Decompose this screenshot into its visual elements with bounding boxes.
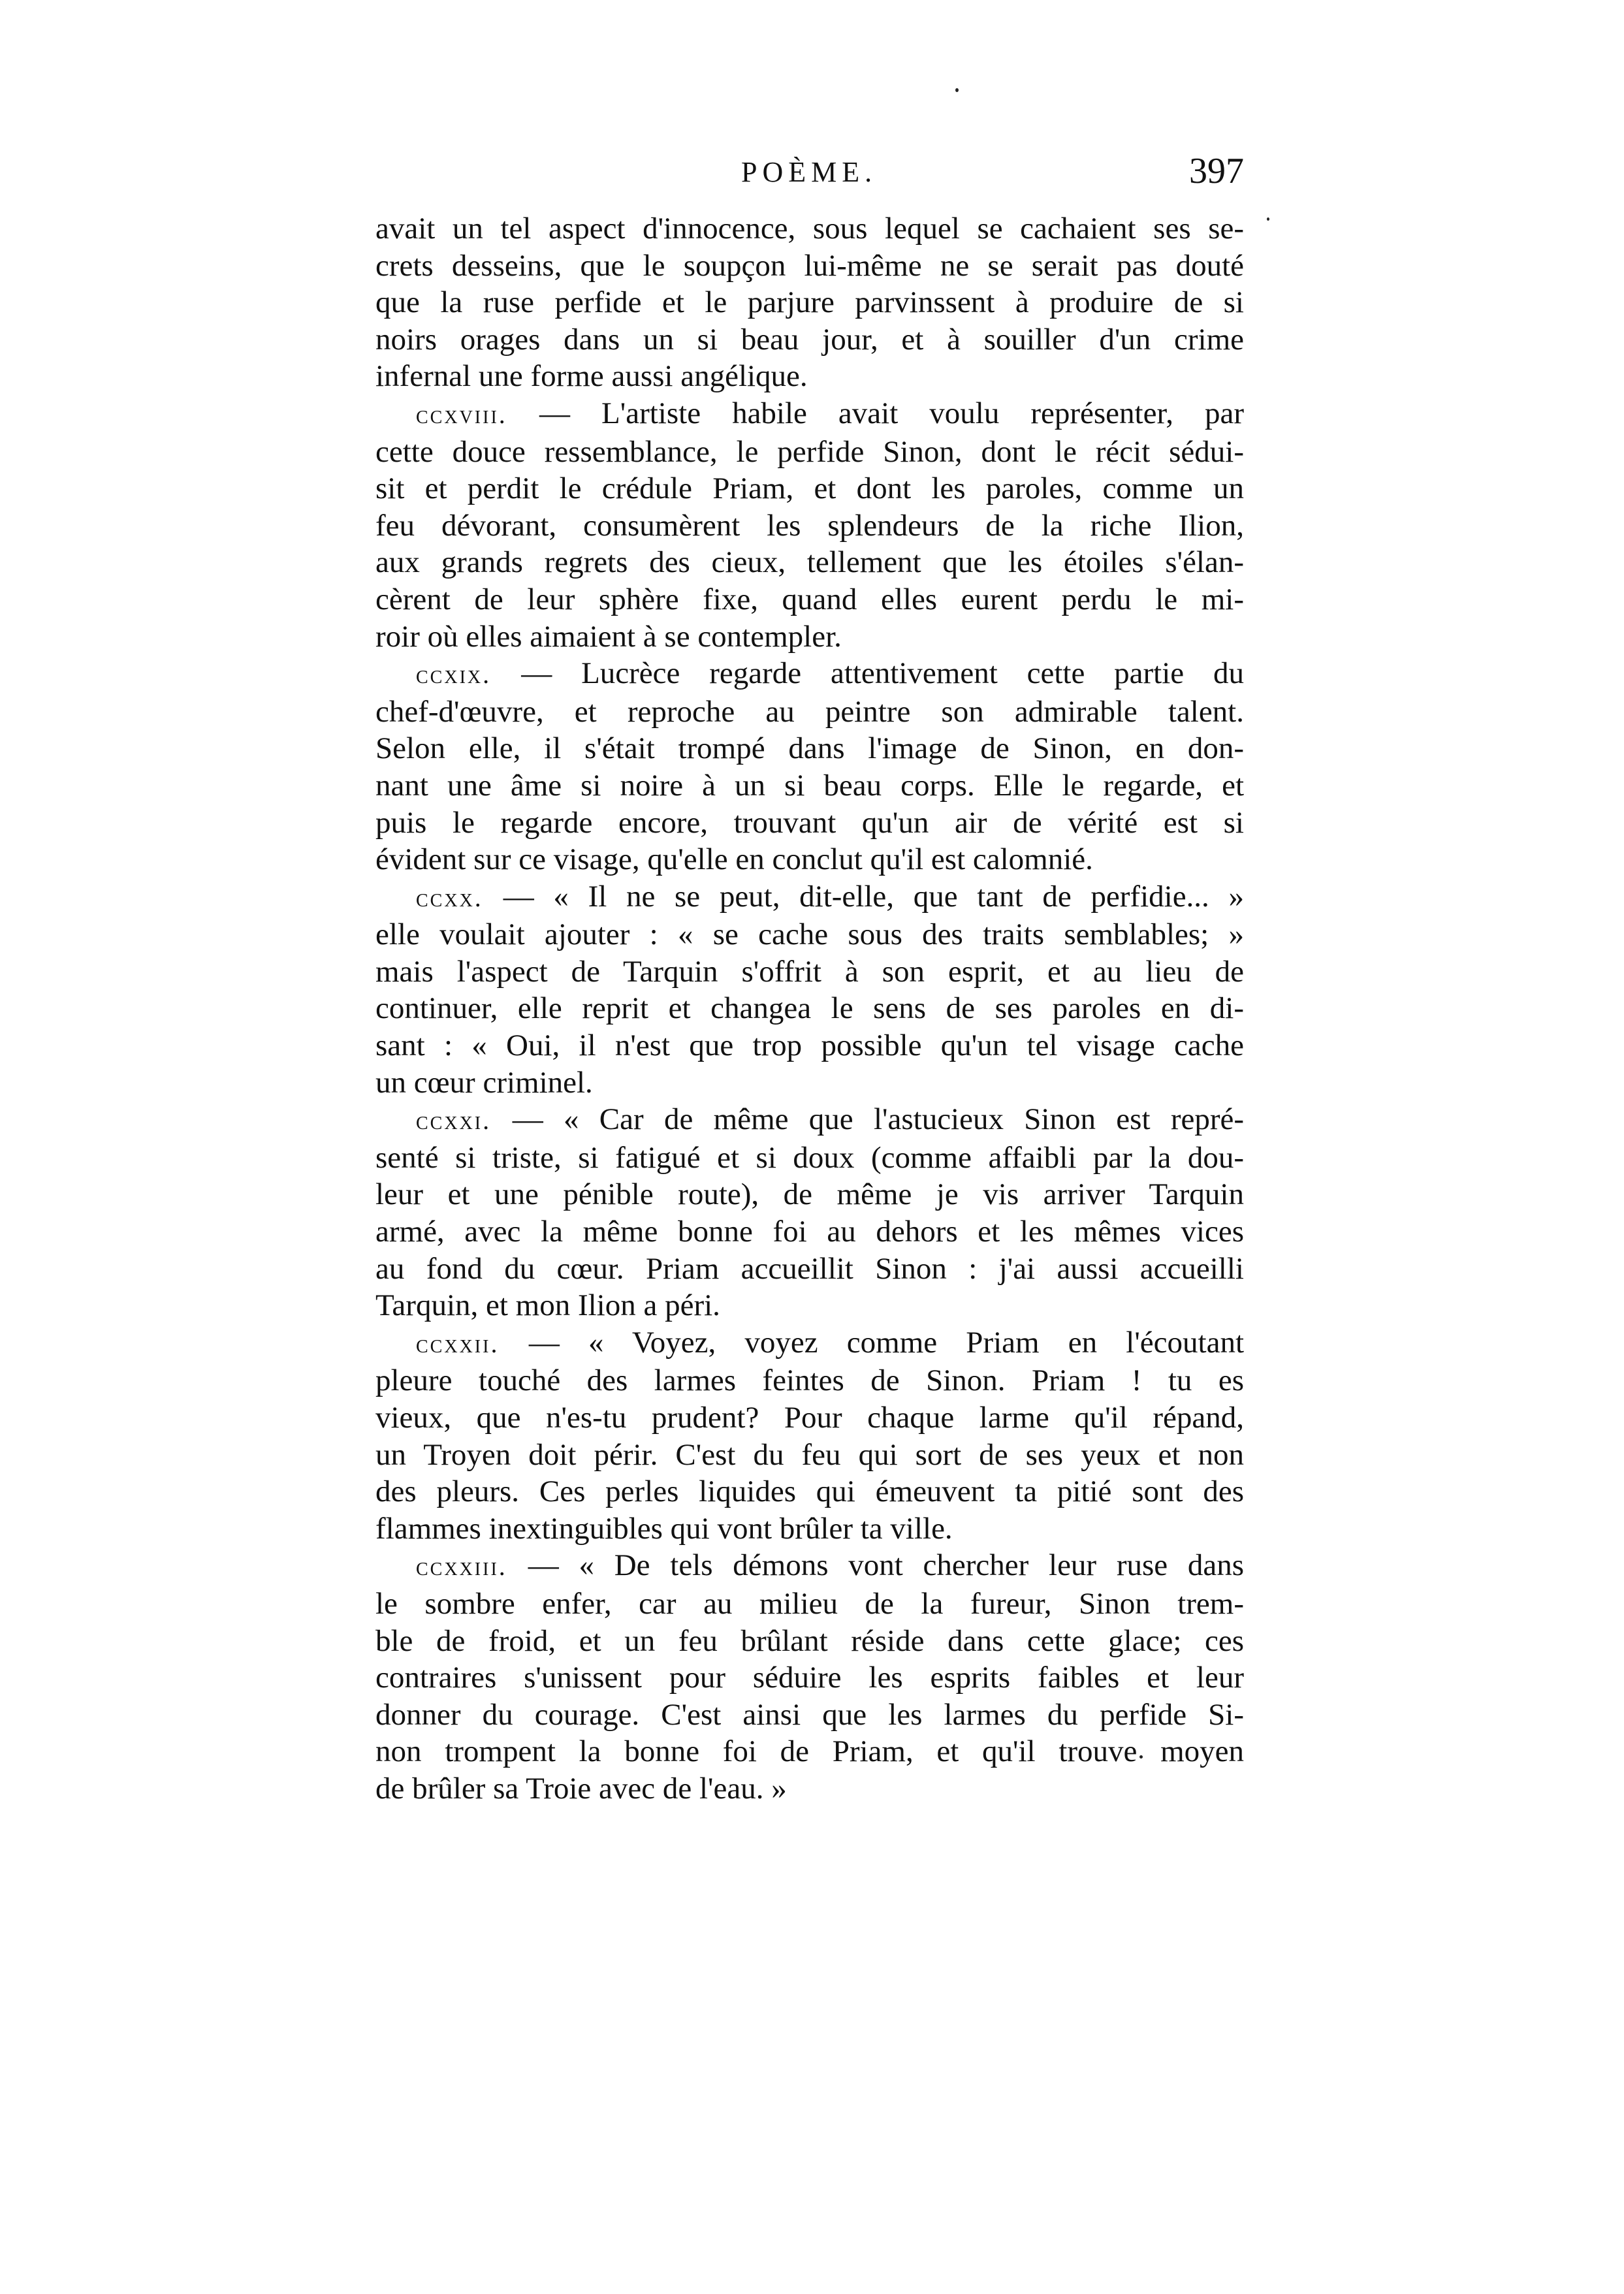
line-text: — « De tels démons vont chercher leur ru… [528, 1548, 1244, 1582]
text-line: ccxxiii. — « De tels démons vont cherche… [375, 1547, 1244, 1585]
line-text: le sombre enfer, car au milieu de la fur… [375, 1587, 1244, 1621]
text-line: que la ruse perfide et le parjure parvin… [375, 284, 1244, 321]
text-line: Selon elle, il s'était trompé dans l'ima… [375, 730, 1244, 767]
line-text: — « Car de même que l'astucieux Sinon es… [513, 1102, 1244, 1136]
text-line: un Troyen doit périr. C'est du feu qui s… [375, 1437, 1244, 1474]
text-line: leur et une pénible route), de même je v… [375, 1176, 1244, 1213]
book-page: POÈME. 397 avait un tel aspect d'innocen… [0, 0, 1624, 2294]
line-text: mais l'aspect de Tarquin s'offrit à son … [375, 955, 1244, 989]
paragraph-continuation: avait un tel aspect d'innocence, sous le… [375, 210, 1244, 395]
line-text: noirs orages dans un si beau jour, et à … [375, 323, 1244, 357]
line-text: un Troyen doit périr. C'est du feu qui s… [375, 1438, 1244, 1472]
text-line: crets desseins, que le soupçon lui-même … [375, 247, 1244, 285]
text-line: cette douce ressemblance, le perfide Sin… [375, 434, 1244, 471]
line-text: elle voulait ajouter : « se cache sous d… [375, 917, 1244, 951]
line-text: Selon elle, il s'était trompé dans l'ima… [375, 731, 1244, 765]
line-text: donner du courage. C'est ainsi que les l… [375, 1698, 1244, 1732]
paragraph-ccxix: ccxix. — Lucrèce regarde attentivement c… [375, 655, 1244, 878]
print-speck [1267, 217, 1269, 221]
text-line: roir où elles aimaient à se contempler. [375, 618, 1244, 656]
paragraph-ccxx: ccxx. — « Il ne se peut, dit-elle, que t… [375, 878, 1244, 1102]
line-text: nant une âme si noire à un si beau corps… [375, 769, 1244, 803]
line-text: cèrent de leur sphère fixe, quand elles … [375, 582, 1244, 616]
line-text: cette douce ressemblance, le perfide Sin… [375, 435, 1244, 469]
line-text: Tarquin, et mon Ilion a péri. [375, 1288, 720, 1322]
print-speck [955, 88, 959, 92]
text-line: elle voulait ajouter : « se cache sous d… [375, 916, 1244, 953]
text-line: ccxxii. — « Voyez, voyez comme Priam en … [375, 1324, 1244, 1363]
page-body: avait un tel aspect d'innocence, sous le… [375, 210, 1244, 1808]
line-text: roir où elles aimaient à se contempler. [375, 620, 842, 654]
text-line: non trompent la bonne foi de Priam, et q… [375, 1733, 1244, 1770]
section-number: ccxix. [416, 660, 521, 689]
line-text: ble de froid, et un feu brûlant réside d… [375, 1624, 1244, 1658]
paragraph-ccxxi: ccxxi. — « Car de même que l'astucieux S… [375, 1101, 1244, 1324]
text-line: contraires s'unissent pour séduire les e… [375, 1659, 1244, 1697]
text-line: noirs orages dans un si beau jour, et à … [375, 321, 1244, 358]
line-text: puis le regarde encore, trouvant qu'un a… [375, 806, 1244, 840]
text-line: armé, avec la même bonne foi au dehors e… [375, 1213, 1244, 1251]
section-number: ccxxi. [416, 1106, 513, 1135]
text-line: infernal une forme aussi angélique. [375, 358, 1244, 395]
text-line: chef-d'œuvre, et reproche au peintre son… [375, 693, 1244, 731]
line-text: que la ruse perfide et le parjure parvin… [375, 285, 1244, 319]
text-line: sant : « Oui, il n'est que trop possible… [375, 1027, 1244, 1064]
line-text: sit et perdit le crédule Priam, et dont … [375, 471, 1244, 505]
section-number: ccxx. [416, 883, 503, 912]
line-text: flammes inextinguibles qui vont brûler t… [375, 1512, 953, 1546]
text-line: un cœur criminel. [375, 1064, 1244, 1102]
text-line: flammes inextinguibles qui vont brûler t… [375, 1510, 1244, 1548]
section-number: ccxviii. [416, 400, 539, 429]
text-line: de brûler sa Troie avec de l'eau. » [375, 1770, 1244, 1808]
text-line: feu dévorant, consumèrent les splendeurs… [375, 507, 1244, 545]
line-text: — « Voyez, voyez comme Priam en l'écouta… [529, 1326, 1244, 1360]
line-text: armé, avec la même bonne foi au dehors e… [375, 1215, 1244, 1249]
text-line: puis le regarde encore, trouvant qu'un a… [375, 804, 1244, 842]
line-text: — Lucrèce regarde attentivement cette pa… [521, 656, 1244, 690]
line-text: contraires s'unissent pour séduire les e… [375, 1661, 1244, 1695]
line-text: au fond du cœur. Priam accueillit Sinon … [375, 1252, 1244, 1286]
line-text: infernal une forme aussi angélique. [375, 359, 808, 393]
text-line: évident sur ce visage, qu'elle en conclu… [375, 841, 1244, 878]
line-text: non trompent la bonne foi de Priam, et q… [375, 1734, 1244, 1768]
text-line: ccxviii. — L'artiste habile avait voulu … [375, 395, 1244, 434]
line-text: de brûler sa Troie avec de l'eau. » [375, 1772, 787, 1806]
line-text: des pleurs. Ces perles liquides qui émeu… [375, 1474, 1244, 1508]
text-line: aux grands regrets des cieux, tellement … [375, 544, 1244, 581]
text-line: des pleurs. Ces perles liquides qui émeu… [375, 1473, 1244, 1510]
line-text: — L'artiste habile avait voulu représent… [539, 396, 1244, 430]
page-header: POÈME. 397 [375, 155, 1244, 201]
line-text: un cœur criminel. [375, 1066, 593, 1100]
line-text: avait un tel aspect d'innocence, sous le… [375, 212, 1244, 246]
text-line: Tarquin, et mon Ilion a péri. [375, 1287, 1244, 1324]
text-line: avait un tel aspect d'innocence, sous le… [375, 210, 1244, 247]
text-line: au fond du cœur. Priam accueillit Sinon … [375, 1251, 1244, 1288]
running-title: POÈME. [741, 155, 877, 189]
text-line: nant une âme si noire à un si beau corps… [375, 767, 1244, 804]
line-text: leur et une pénible route), de même je v… [375, 1177, 1244, 1211]
line-text: sant : « Oui, il n'est que trop possible… [375, 1028, 1244, 1062]
paragraph-ccxviii: ccxviii. — L'artiste habile avait voulu … [375, 395, 1244, 655]
line-text: feu dévorant, consumèrent les splendeurs… [375, 509, 1244, 543]
line-text: crets desseins, que le soupçon lui-même … [375, 249, 1244, 283]
text-line: cèrent de leur sphère fixe, quand elles … [375, 581, 1244, 618]
line-text: évident sur ce visage, qu'elle en conclu… [375, 842, 1093, 876]
line-text: senté si triste, si fatigué et si doux (… [375, 1141, 1244, 1175]
text-line: pleure touché des larmes feintes de Sino… [375, 1362, 1244, 1399]
text-line: donner du courage. C'est ainsi que les l… [375, 1697, 1244, 1734]
paragraph-ccxxii: ccxxii. — « Voyez, voyez comme Priam en … [375, 1324, 1244, 1548]
paragraph-ccxxiii: ccxxiii. — « De tels démons vont cherche… [375, 1547, 1244, 1807]
text-line: senté si triste, si fatigué et si doux (… [375, 1139, 1244, 1177]
line-text: vieux, que n'es-tu prudent? Pour chaque … [375, 1401, 1244, 1435]
line-text: — « Il ne se peut, dit-elle, que tant de… [503, 880, 1244, 914]
text-line: ble de froid, et un feu brûlant réside d… [375, 1623, 1244, 1660]
line-text: pleure touché des larmes feintes de Sino… [375, 1363, 1244, 1397]
line-text: chef-d'œuvre, et reproche au peintre son… [375, 695, 1244, 729]
text-line: ccxxi. — « Car de même que l'astucieux S… [375, 1101, 1244, 1139]
text-line: mais l'aspect de Tarquin s'offrit à son … [375, 953, 1244, 991]
line-text: aux grands regrets des cieux, tellement … [375, 545, 1244, 579]
text-line: vieux, que n'es-tu prudent? Pour chaque … [375, 1399, 1244, 1437]
text-line: le sombre enfer, car au milieu de la fur… [375, 1585, 1244, 1623]
page-number: 397 [1189, 150, 1244, 192]
section-number: ccxxii. [416, 1329, 529, 1358]
text-line: sit et perdit le crédule Priam, et dont … [375, 470, 1244, 507]
text-line: ccxix. — Lucrèce regarde attentivement c… [375, 655, 1244, 693]
line-text: continuer, elle reprit et changea le sen… [375, 991, 1244, 1025]
text-line: ccxx. — « Il ne se peut, dit-elle, que t… [375, 878, 1244, 917]
text-line: continuer, elle reprit et changea le sen… [375, 990, 1244, 1027]
section-number: ccxxiii. [416, 1552, 528, 1581]
